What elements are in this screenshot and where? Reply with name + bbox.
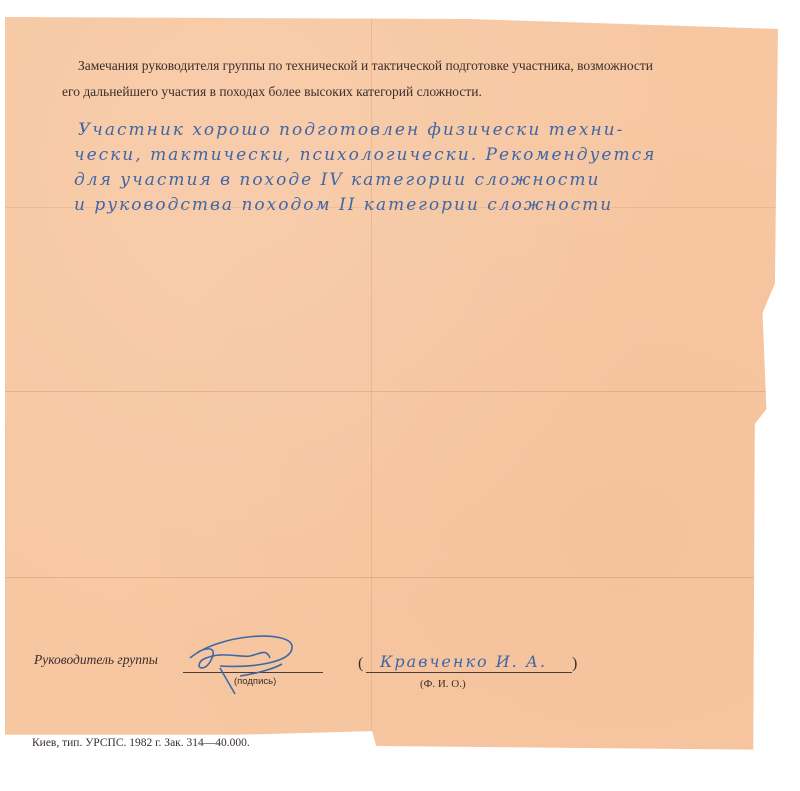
heading-line-1: Замечания руководителя группы по техниче… [78,58,653,74]
fold-line [5,577,778,578]
signature-caption: (подпись) [234,676,276,687]
signature-label: Руководитель группы [34,652,158,668]
name-caption: (Ф. И. О.) [420,678,466,690]
fold-line [5,391,778,392]
leader-name: Кравченко И. А. [380,652,547,671]
handwritten-remark-line: Участник хорошо подготовлен физически те… [78,120,624,140]
signature-icon [180,628,300,698]
open-paren: ( [358,655,363,673]
printing-imprint: Киев, тип. УРСПС. 1982 г. Зак. 314—40.00… [32,737,250,749]
name-line [366,672,572,673]
handwritten-remark-line: чески, тактически, психологически. Реком… [74,145,656,165]
heading-line-2: его дальнейшего участия в походах более … [62,84,482,100]
close-paren: ) [572,655,577,673]
handwritten-remark-line: и руководства походом ІІ категории сложн… [74,195,613,215]
handwritten-remark-line: для участия в походе IV категории сложно… [74,170,600,190]
